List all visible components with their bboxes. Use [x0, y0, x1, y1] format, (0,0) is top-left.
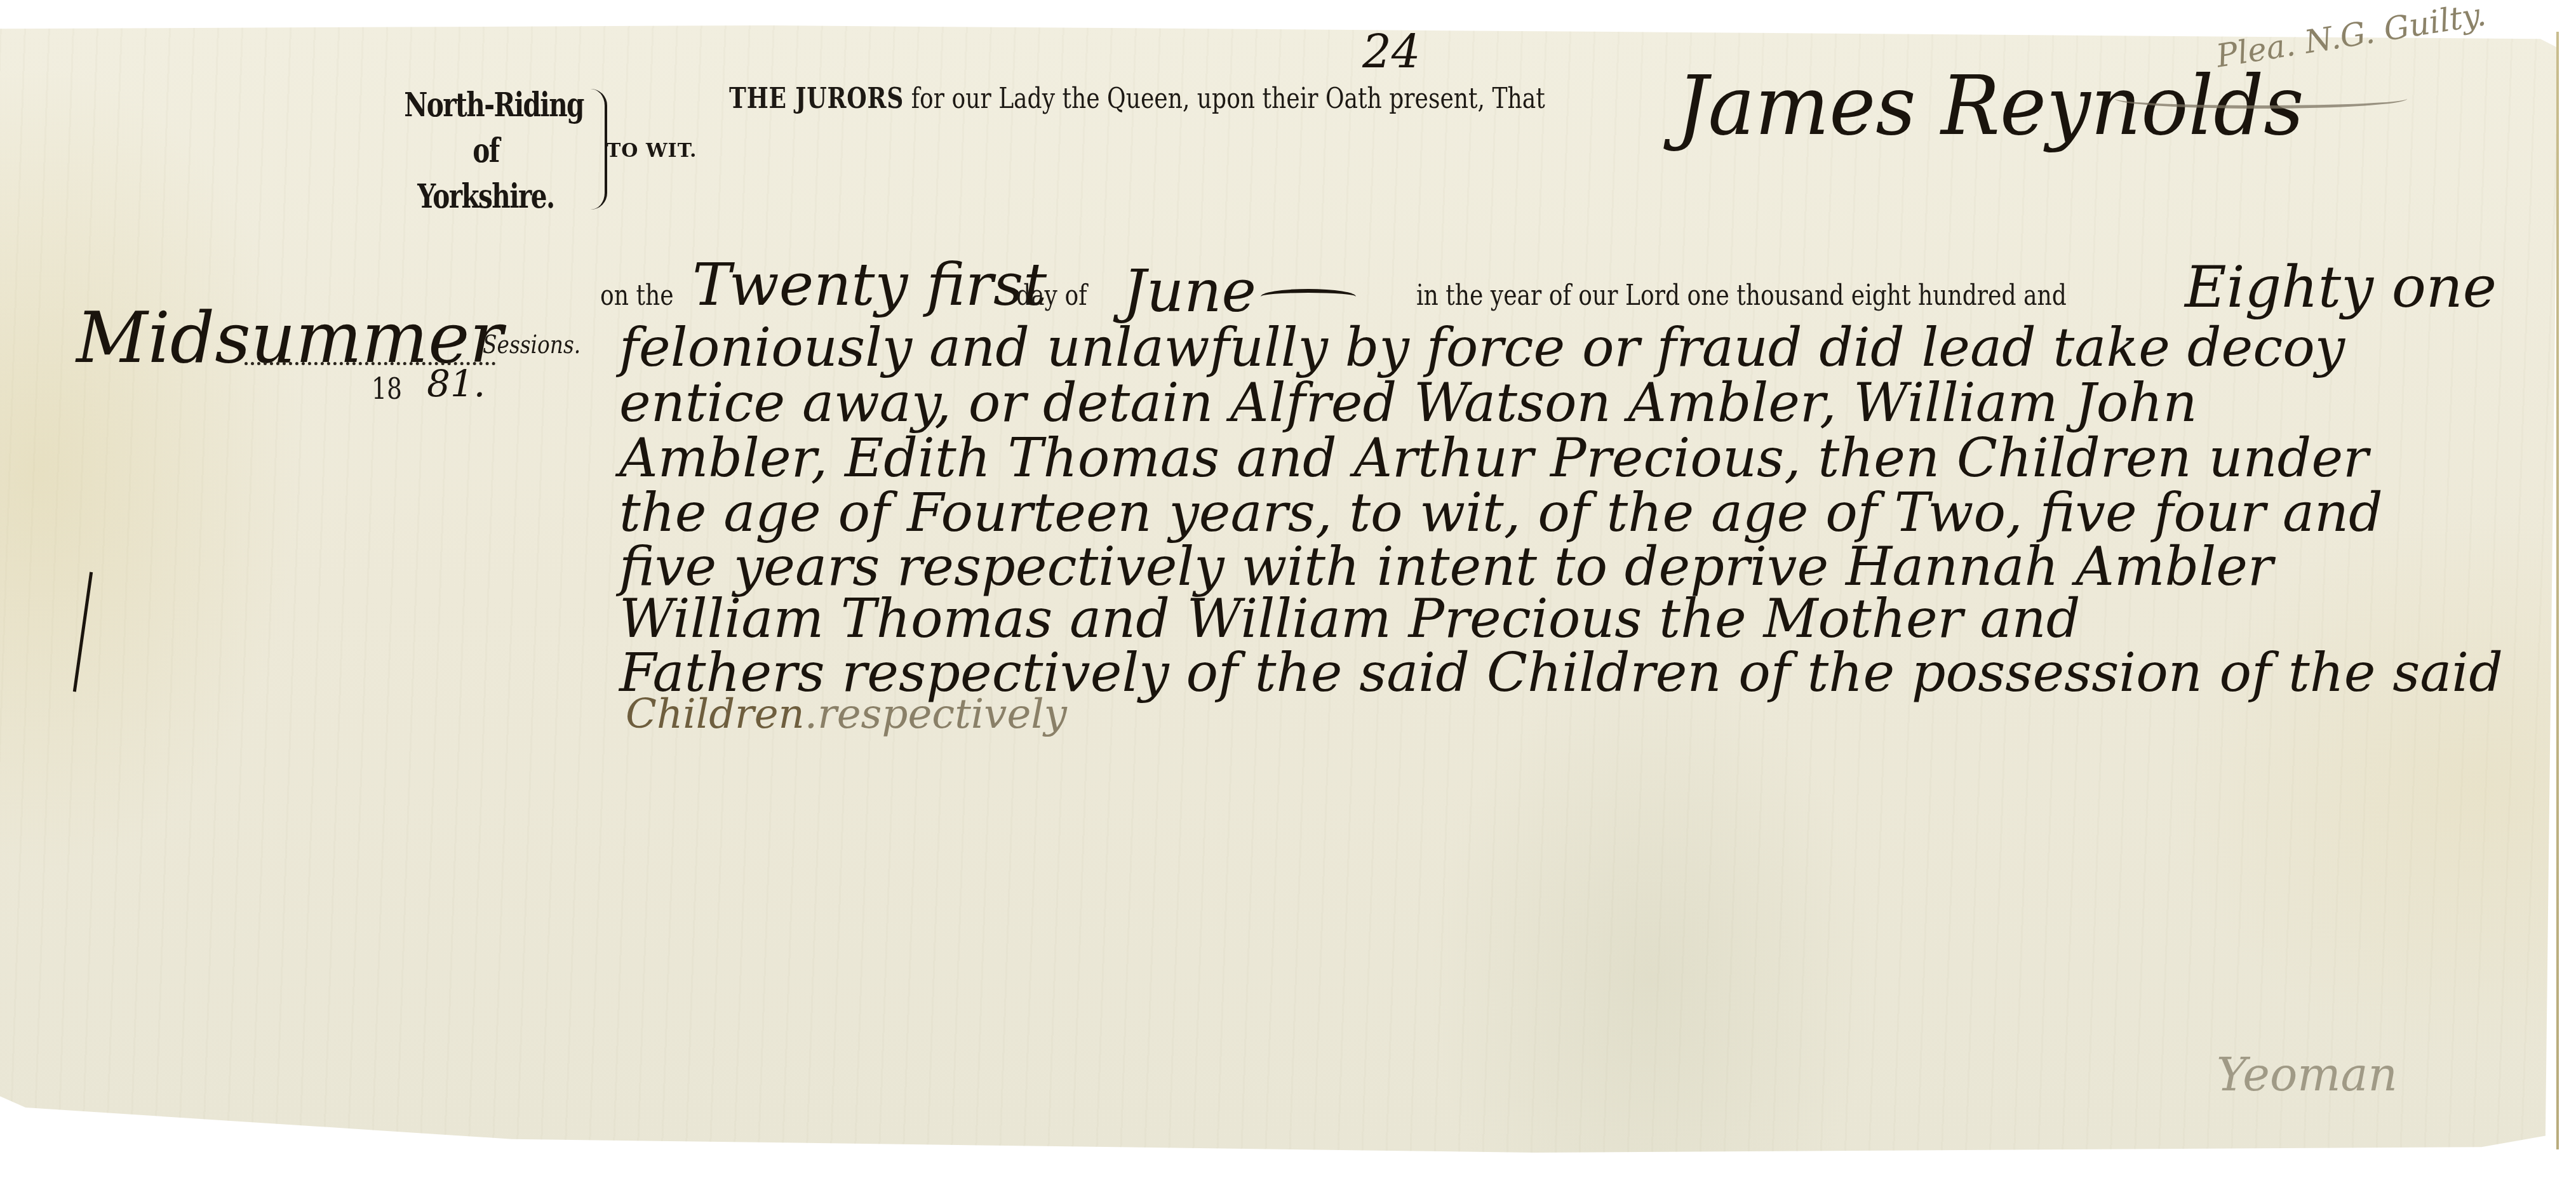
jurors-rest: for our Lady the Queen, upon their Oath …	[911, 83, 1545, 115]
jurors-preamble: THE JURORS for our Lady the Queen, upon …	[729, 83, 1545, 115]
sessions-label: Sessions.	[483, 330, 580, 359]
flourish-mark	[1261, 289, 1356, 304]
brace-icon	[591, 89, 607, 210]
to-wit-label: TO WIT.	[607, 140, 697, 162]
year-prefix: 18	[372, 372, 402, 406]
year-suffix: 81.	[427, 362, 485, 405]
case-number: 24	[1362, 25, 1421, 79]
final-line-start: Children	[626, 691, 805, 738]
month-value: June	[1123, 257, 1256, 325]
county-line-2: of	[404, 128, 567, 174]
body-line-6: William Thomas and William Precious the …	[619, 587, 2080, 650]
final-line-added: .respectively	[805, 691, 1067, 738]
body-line-3: Ambler, Edith Thomas and Arthur Precious…	[619, 427, 2368, 489]
jurors-caps: THE JURORS	[729, 83, 904, 115]
body-line-1: feloniously and unlawfully by force or f…	[619, 316, 2345, 378]
occupation-note: Yeoman	[2217, 1048, 2398, 1101]
county-line-3: Yorkshire.	[404, 174, 567, 220]
body-line-4: the age of Fourteen years, to wit, of th…	[619, 481, 2383, 544]
county-line-1: North-Riding	[404, 83, 567, 128]
county-heading: North-Riding of Yorkshire.	[404, 83, 567, 220]
body-line-8: Children.respectively	[626, 691, 1067, 738]
paper-edge	[2556, 32, 2559, 1149]
day-value: Twenty first	[692, 251, 1047, 319]
in-the-year-label: in the year of our Lord one thousand eig…	[1416, 279, 2067, 312]
strikethrough-mark	[2115, 89, 2407, 109]
on-the-label: on the	[600, 279, 674, 312]
body-line-2: entice away, or detain Alfred Watson Amb…	[619, 372, 2197, 434]
day-of-label: day of	[1016, 279, 1087, 312]
year-words: Eighty one	[2185, 254, 2497, 321]
